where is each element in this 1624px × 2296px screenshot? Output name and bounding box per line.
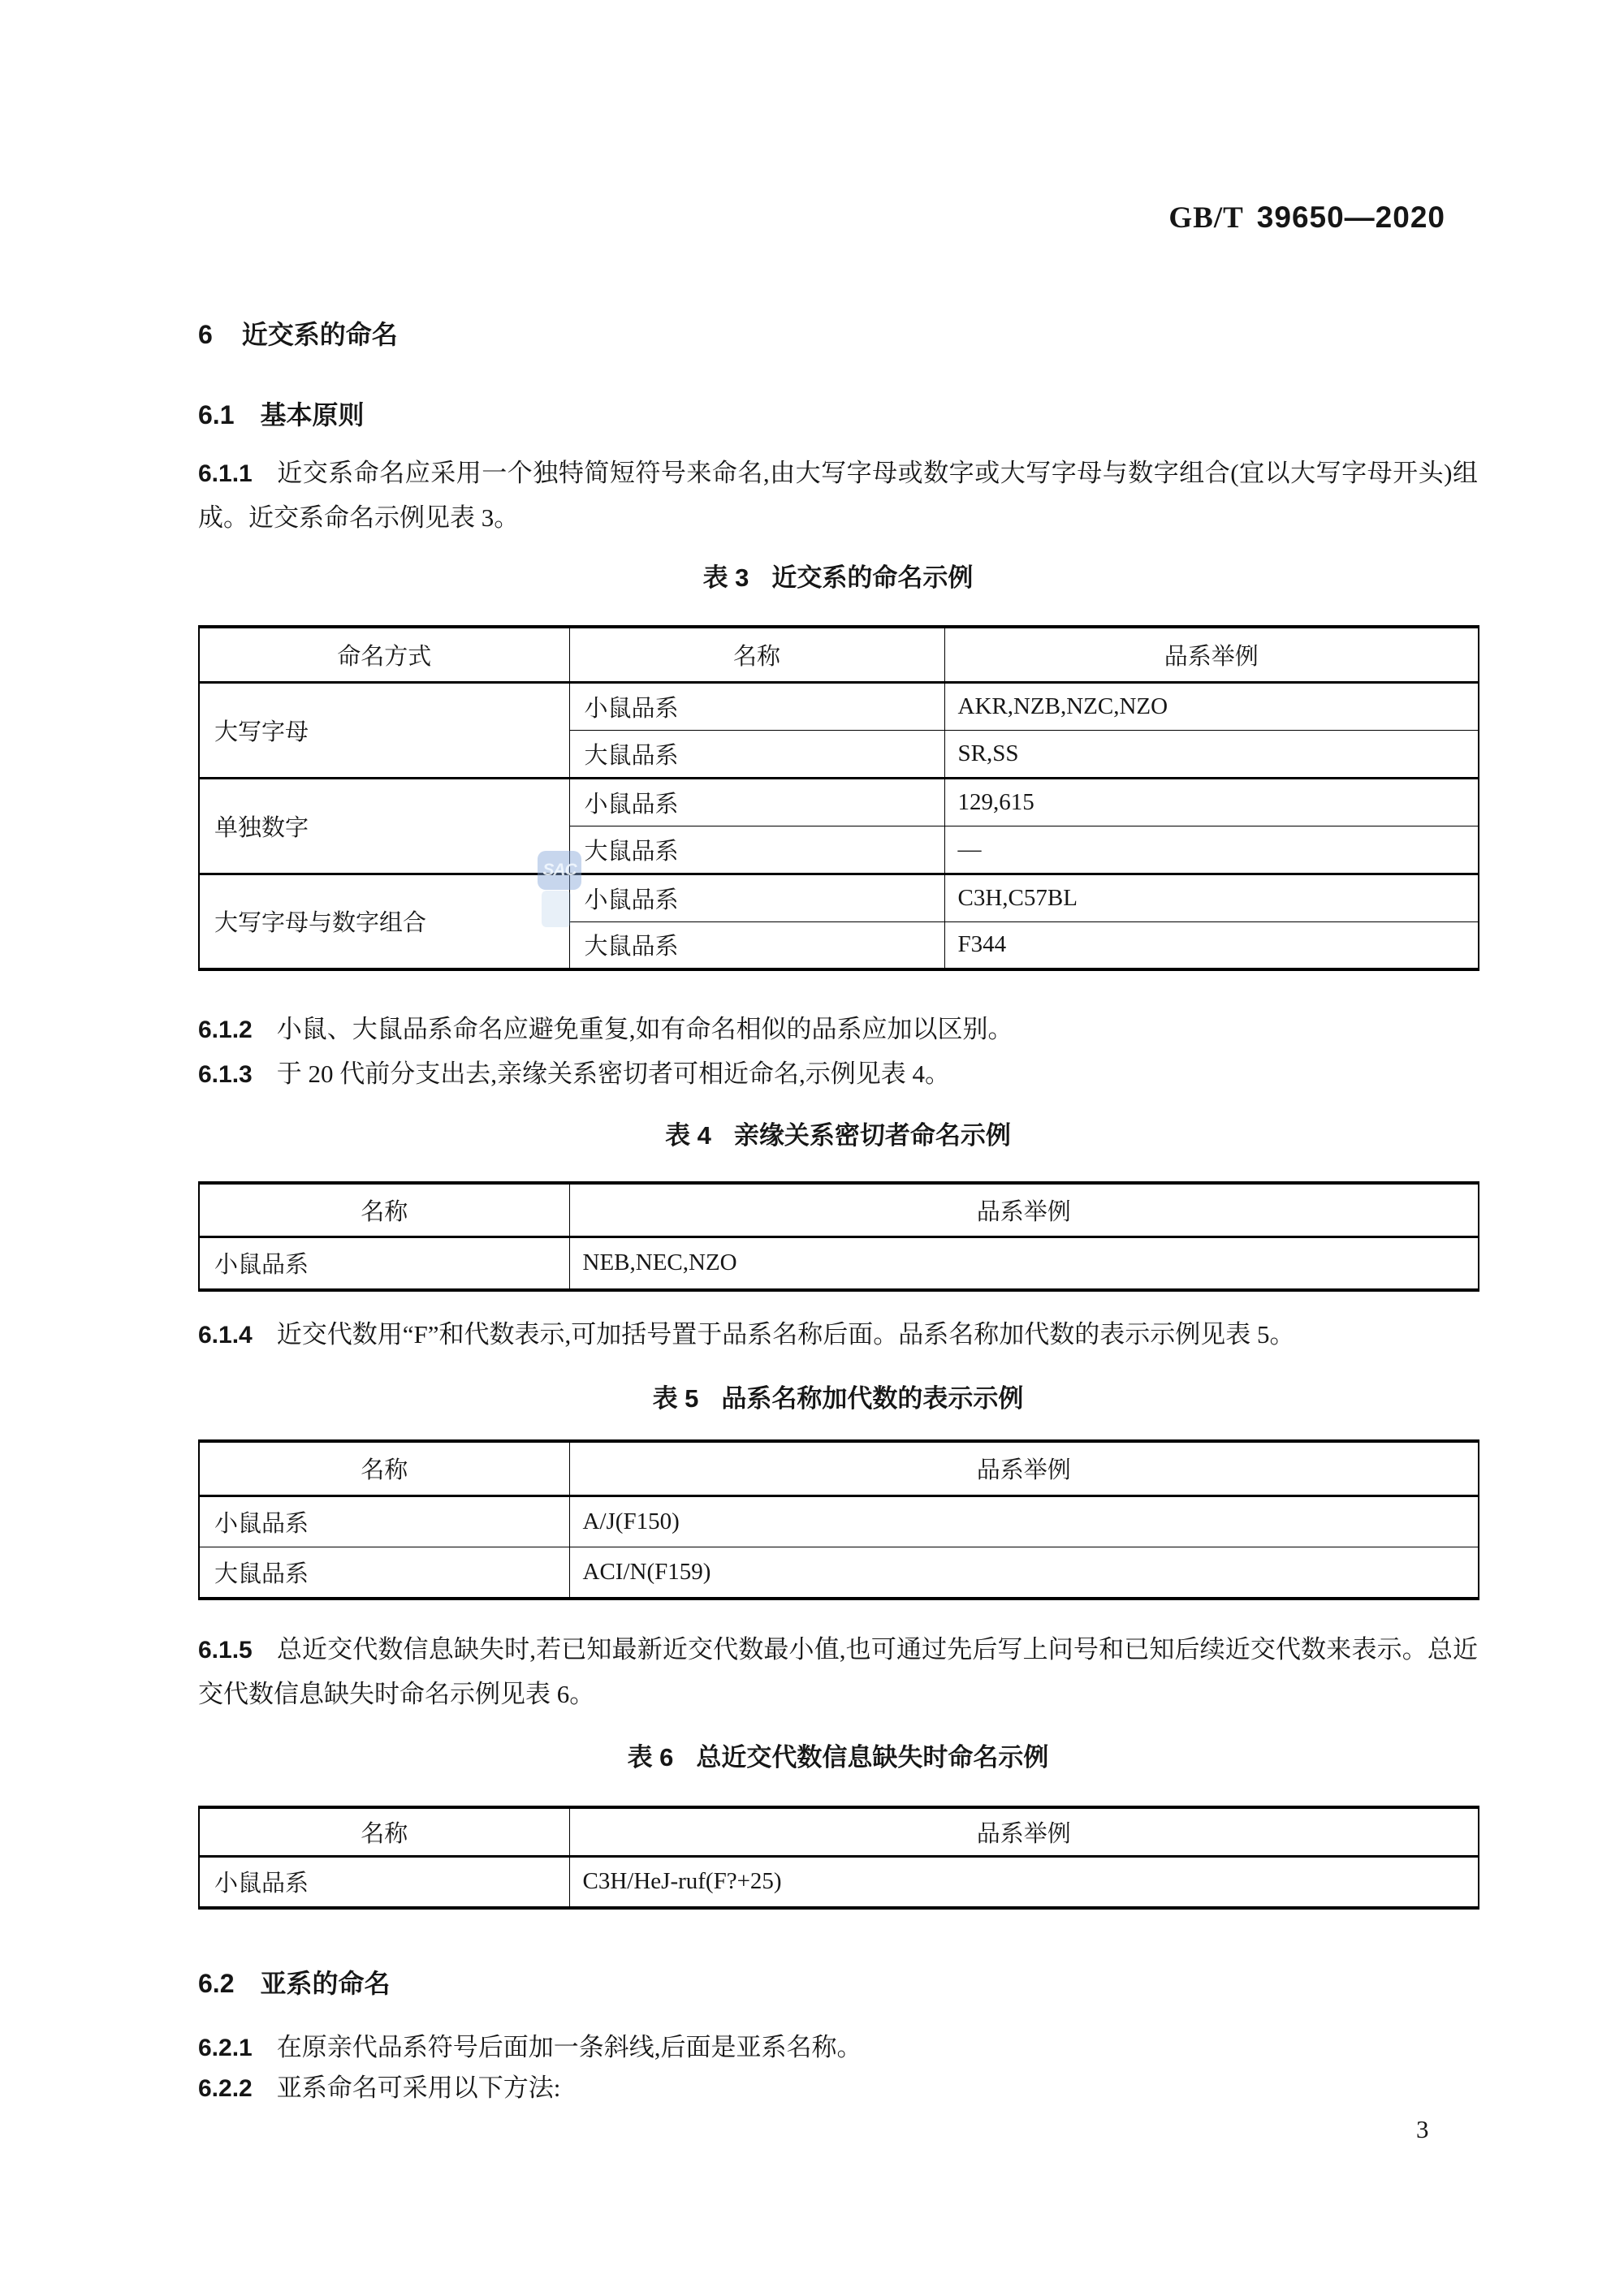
section-heading-6-1: 6.1基本原则 — [198, 396, 1478, 434]
clause-text: 小鼠、大鼠品系命名应避免重复,如有命名相似的品系应加以区别。 — [277, 1015, 1013, 1043]
cell-name: 小鼠品系 — [569, 682, 944, 730]
table-row: 小鼠品系 A/J(F150) — [199, 1495, 1479, 1547]
clause-6-2-1: 6.2.1在原亲代品系符号后面加一条斜线,后面是亚系名称。 — [198, 2029, 1478, 2067]
table-3: 命名方式 名称 品系举例 大写字母 小鼠品系 AKR,NZB,NZC,NZO 大… — [198, 625, 1479, 971]
table-header-row: 命名方式 名称 品系举例 — [199, 627, 1479, 682]
table-header-row: 名称 品系举例 — [199, 1807, 1479, 1856]
section-number: 6.1 — [198, 400, 234, 429]
cell-example: SR,SS — [944, 730, 1479, 778]
doc-code-number: 39650—2020 — [1257, 201, 1445, 234]
table-label: 表 3 — [703, 563, 749, 592]
clause-number: 6.2.1 — [198, 2035, 253, 2061]
table-label: 表 5 — [653, 1384, 699, 1413]
th-strain-example: 品系举例 — [569, 1807, 1479, 1856]
clause-6-1-4: 6.1.4近交代数用“F”和代数表示,可加括号置于品系名称后面。品系名称加代数的… — [198, 1316, 1478, 1354]
page-number: 3 — [1416, 2113, 1429, 2146]
clause-text: 在原亲代品系符号后面加一条斜线,后面是亚系名称。 — [277, 2033, 862, 2061]
clause-6-2-2: 6.2.2亚系命名可采用以下方法: — [198, 2069, 1478, 2108]
table-title: 总近交代数信息缺失时命名示例 — [696, 1743, 1048, 1772]
table-title: 品系名称加代数的表示示例 — [721, 1384, 1023, 1413]
th-strain-example: 品系举例 — [569, 1441, 1479, 1495]
cell-example: NEB,NEC,NZO — [569, 1236, 1479, 1290]
section-number: 6.2 — [198, 1969, 234, 1998]
table-row: 小鼠品系 C3H/HeJ-ruf(F?+25) — [199, 1856, 1479, 1908]
clause-number: 6.1.3 — [198, 1061, 253, 1088]
cell-method: 大写字母 — [199, 682, 569, 778]
cell-name: 小鼠品系 — [199, 1495, 569, 1547]
table-5-caption: 表 5品系名称加代数的表示示例 — [198, 1380, 1478, 1418]
th-name: 名称 — [199, 1183, 569, 1236]
table-row: 大写字母 小鼠品系 AKR,NZB,NZC,NZO — [199, 682, 1479, 730]
th-name: 名称 — [199, 1807, 569, 1856]
table-3-caption: 表 3近交系的命名示例 — [198, 559, 1478, 597]
cell-name: 大鼠品系 — [569, 826, 944, 874]
clause-text: 于 20 代前分支出去,亲缘关系密切者可相近命名,示例见表 4。 — [277, 1060, 950, 1088]
clause-number: 6.1.2 — [198, 1016, 253, 1043]
clause-6-1-5: 6.1.5总近交代数信息缺失时,若已知最新近交代数最小值,也可通过先后写上问号和… — [198, 1628, 1478, 1716]
cell-name: 小鼠品系 — [199, 1856, 569, 1908]
cell-example: ACI/N(F159) — [569, 1547, 1479, 1599]
cell-method: 大写字母与数字组合 — [199, 874, 569, 969]
table-header-row: 名称 品系举例 — [199, 1183, 1479, 1236]
doc-code-prefix: GB/T — [1168, 201, 1243, 235]
section-heading-6: 6近交系的命名 — [198, 316, 1478, 353]
clause-number: 6.1.4 — [198, 1322, 253, 1349]
cell-name: 小鼠品系 — [569, 874, 944, 921]
cell-example: C3H/HeJ-ruf(F?+25) — [569, 1856, 1479, 1908]
table-row: 小鼠品系 NEB,NEC,NZO — [199, 1236, 1479, 1290]
section-title: 基本原则 — [260, 400, 364, 429]
cell-example: F344 — [944, 921, 1479, 969]
clause-6-1-1: 6.1.1近交系命名应采用一个独特简短符号来命名,由大写字母或数字或大写字母与数… — [198, 451, 1478, 540]
clause-text: 近交系命名应采用一个独特简短符号来命名,由大写字母或数字或大写字母与数字组合(宜… — [198, 459, 1478, 532]
table-6-caption: 表 6总近交代数信息缺失时命名示例 — [198, 1739, 1478, 1776]
th-strain-example: 品系举例 — [569, 1183, 1479, 1236]
clause-text: 亚系命名可采用以下方法: — [277, 2074, 561, 2102]
cell-example: AKR,NZB,NZC,NZO — [944, 682, 1479, 730]
cell-example: — — [944, 826, 1479, 874]
clause-text: 总近交代数信息缺失时,若已知最新近交代数最小值,也可通过先后写上问号和已知后续近… — [198, 1635, 1478, 1708]
cell-name: 小鼠品系 — [569, 778, 944, 826]
cell-example: A/J(F150) — [569, 1495, 1479, 1547]
table-5: 名称 品系举例 小鼠品系 A/J(F150) 大鼠品系 ACI/N(F159) — [198, 1439, 1479, 1600]
section-title: 近交系的命名 — [242, 320, 398, 349]
cell-name: 大鼠品系 — [569, 730, 944, 778]
table-row: 大鼠品系 ACI/N(F159) — [199, 1547, 1479, 1599]
cell-example: C3H,C57BL — [944, 874, 1479, 921]
cell-method: 单独数字 — [199, 778, 569, 874]
clause-text: 近交代数用“F”和代数表示,可加括号置于品系名称后面。品系名称加代数的表示示例见… — [277, 1320, 1295, 1349]
section-title: 亚系的命名 — [260, 1969, 390, 1998]
cell-name: 小鼠品系 — [199, 1236, 569, 1290]
section-heading-6-2: 6.2亚系的命名 — [198, 1965, 1478, 2002]
th-name: 名称 — [569, 627, 944, 682]
clause-number: 6.2.2 — [198, 2075, 253, 2102]
table-6: 名称 品系举例 小鼠品系 C3H/HeJ-ruf(F?+25) — [198, 1806, 1479, 1910]
table-header-row: 名称 品系举例 — [199, 1441, 1479, 1495]
th-naming-method: 命名方式 — [199, 627, 569, 682]
table-row: 大写字母与数字组合 小鼠品系 C3H,C57BL — [199, 874, 1479, 921]
section-number: 6 — [198, 320, 213, 349]
document-page: GB/T39650—2020 6近交系的命名 6.1基本原则 6.1.1近交系命… — [0, 0, 1624, 2296]
table-label: 表 4 — [665, 1121, 711, 1150]
clause-number: 6.1.1 — [198, 460, 253, 487]
clause-6-1-2: 6.1.2小鼠、大鼠品系命名应避免重复,如有命名相似的品系应加以区别。 — [198, 1011, 1478, 1049]
cell-example: 129,615 — [944, 778, 1479, 826]
table-4: 名称 品系举例 小鼠品系 NEB,NEC,NZO — [198, 1181, 1479, 1292]
clause-number: 6.1.5 — [198, 1637, 253, 1664]
table-label: 表 6 — [628, 1743, 674, 1772]
th-name: 名称 — [199, 1441, 569, 1495]
cell-name: 大鼠品系 — [569, 921, 944, 969]
clause-6-1-3: 6.1.3于 20 代前分支出去,亲缘关系密切者可相近命名,示例见表 4。 — [198, 1055, 1478, 1094]
th-strain-example: 品系举例 — [944, 627, 1479, 682]
table-title: 近交系的命名示例 — [771, 563, 973, 592]
table-row: 单独数字 小鼠品系 129,615 — [199, 778, 1479, 826]
table-4-caption: 表 4亲缘关系密切者命名示例 — [198, 1117, 1478, 1154]
doc-code: GB/T39650—2020 — [1168, 200, 1445, 235]
table-title: 亲缘关系密切者命名示例 — [734, 1121, 1011, 1150]
cell-name: 大鼠品系 — [199, 1547, 569, 1599]
